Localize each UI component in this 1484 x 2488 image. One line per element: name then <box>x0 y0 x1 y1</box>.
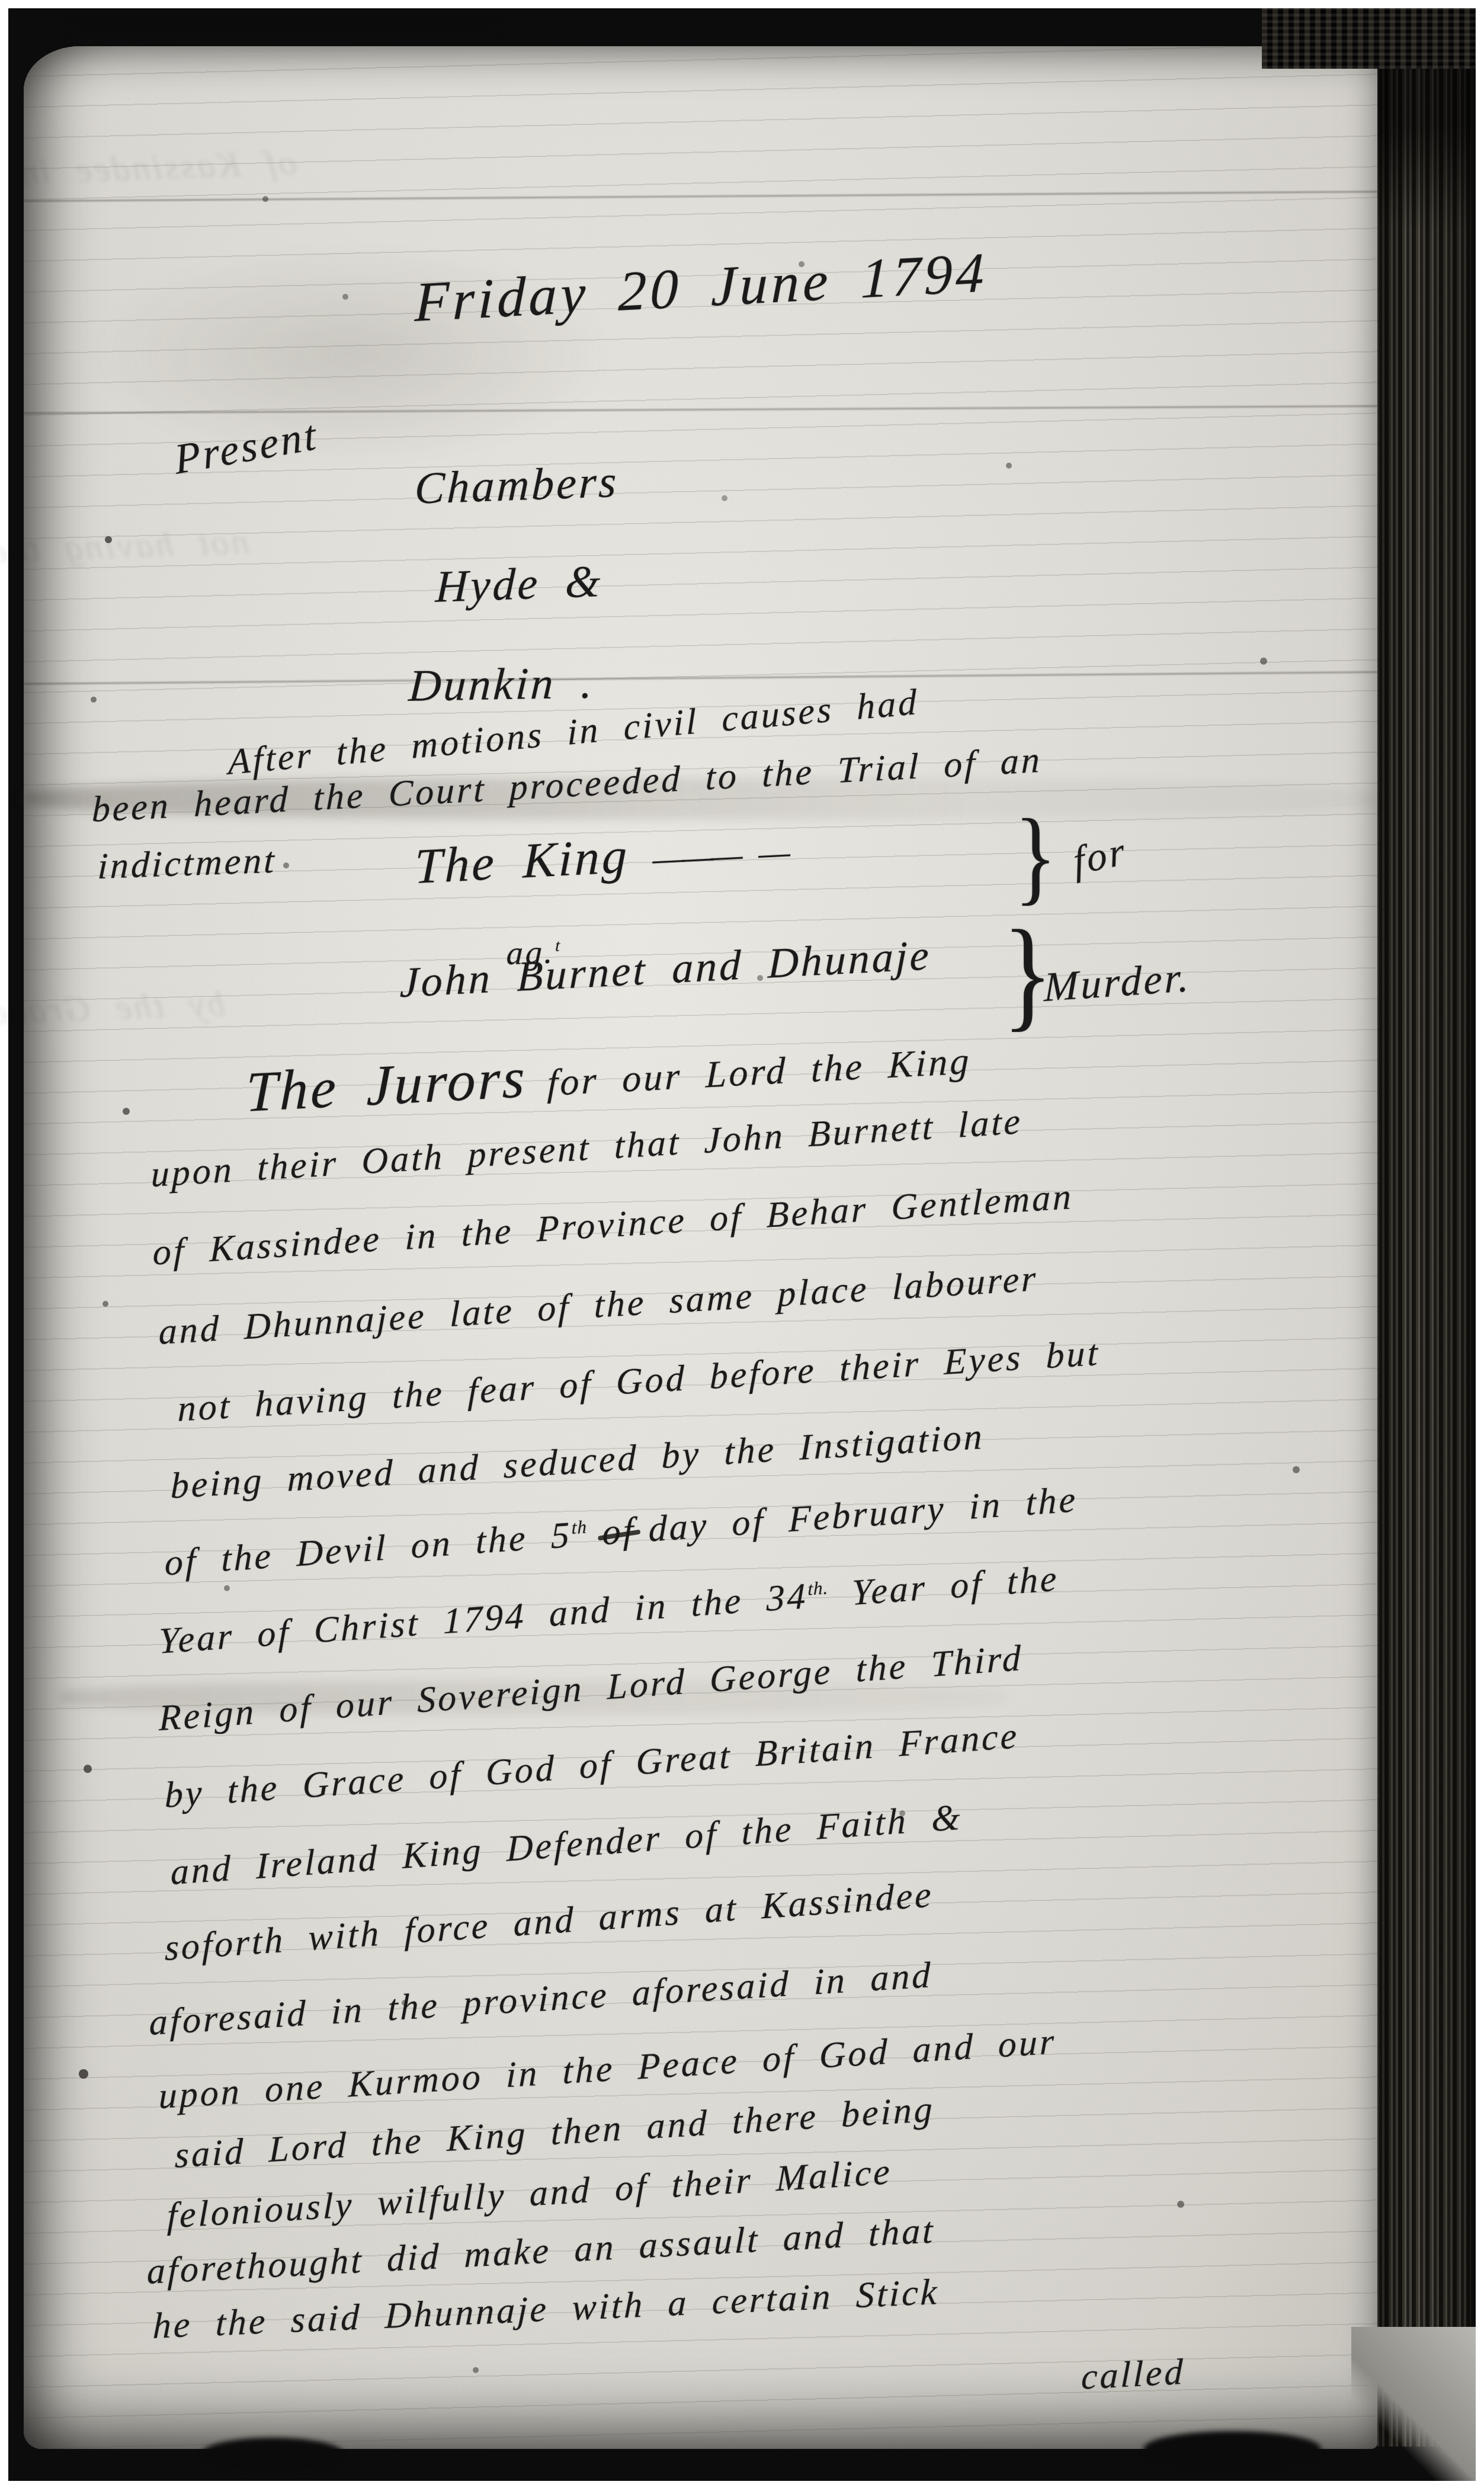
bottom-right-backing <box>1351 2327 1476 2481</box>
judge-name-text: Chambers <box>414 456 619 515</box>
year-superscript: th. <box>808 1577 829 1599</box>
last-word-text: called <box>1081 2351 1185 2399</box>
judge-name-text: Dunkin . <box>408 657 596 712</box>
preamble-line: indictment <box>97 839 277 887</box>
case-brace: } <box>1014 797 1057 917</box>
bottom-edge-blob <box>201 2438 344 2470</box>
struck-word: of <box>602 1509 636 1554</box>
judge-name: Chambers <box>414 456 619 515</box>
judge-name: Dunkin . <box>408 658 595 712</box>
case-dash: ——— — <box>653 832 789 880</box>
case-plaintiff-text: The King <box>414 827 630 896</box>
preamble-text: indictment <box>97 839 277 888</box>
devil-superscript: th <box>572 1516 587 1538</box>
judge-name: Hyde & <box>434 556 603 613</box>
paper-specks <box>24 46 27 50</box>
bottom-edge-blob <box>1143 2431 1321 2467</box>
last-word: called <box>1080 2351 1186 2399</box>
binding-corner-texture <box>1262 8 1476 69</box>
judge-name-text: Hyde & <box>434 556 603 613</box>
book-fore-edge <box>1377 53 1471 2447</box>
manuscript-scan: of Kassindee in the Province of Behar Ge… <box>0 0 1484 2488</box>
